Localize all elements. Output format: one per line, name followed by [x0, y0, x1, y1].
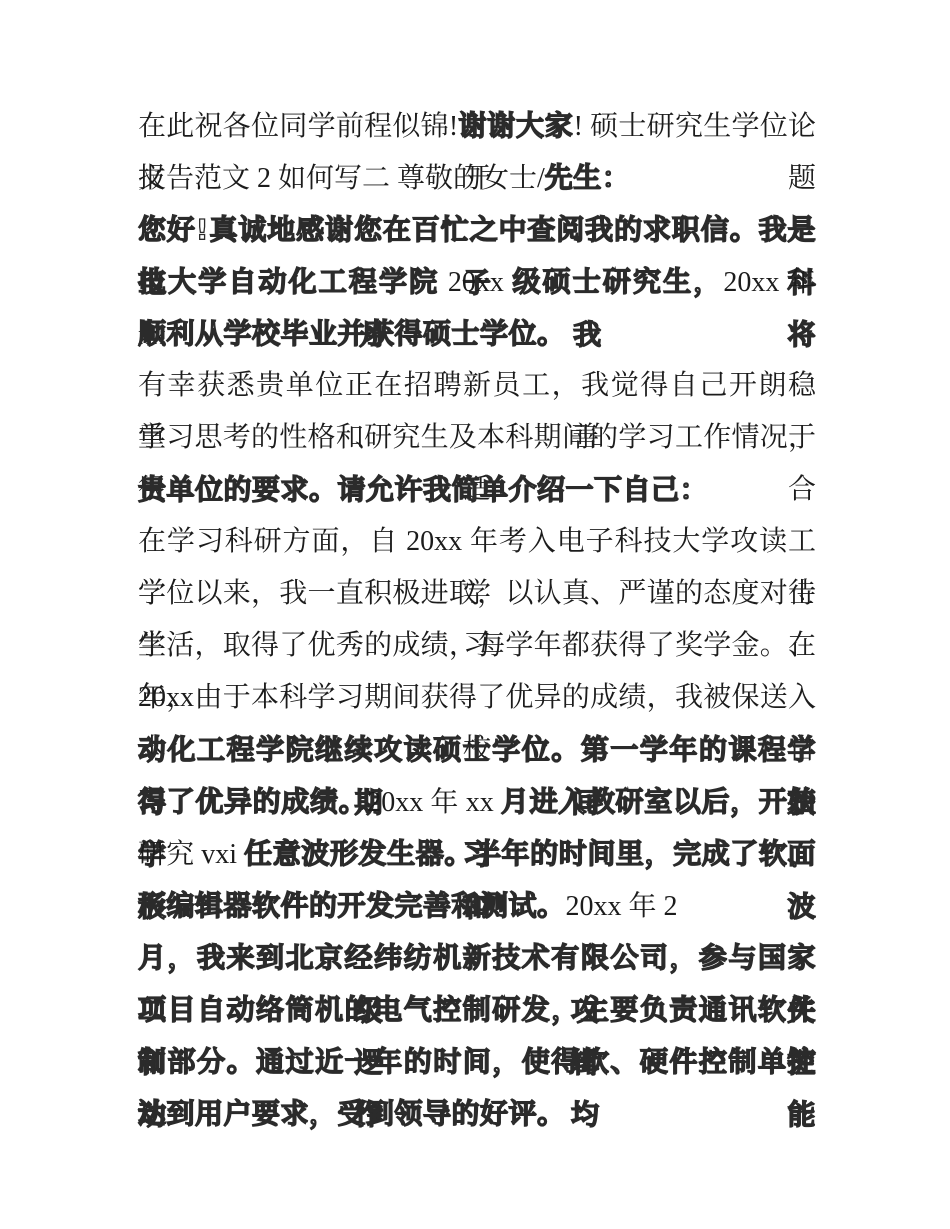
text-run-hollow: 达到用户要求，受到领导的好评。: [138, 1097, 566, 1130]
text-run-hollow: 技大学自动化工程学院: [138, 265, 439, 298]
text-line: 学习思考的性格和研究生及本科期间的学习工作情况，很适合: [138, 412, 816, 464]
text-line: 在此祝各位同学前程似锦!谢谢大家! 硕士研究生学位论文开题: [138, 100, 816, 152]
text-line: 学位以来，我一直积极进取，以认真、严谨的态度对待学习、: [138, 568, 816, 620]
text-line: 得了优异的成绩。20xx 年 xx 月进入教研室以后，开始学习、: [138, 776, 816, 828]
text-line: 有幸获悉贵单位正在招聘新员工，我觉得自己开朗稳重、善于: [138, 360, 816, 412]
text-line: 您好!真诚地感谢您在百忙之中查阅我的求职信。我是电子科: [138, 204, 816, 256]
document-body: 在此祝各位同学前程似锦!谢谢大家! 硕士研究生学位论文开题报告范文 2 如何写二…: [138, 100, 816, 1140]
text-run-solid: 在此祝各位同学前程似锦!: [138, 111, 458, 142]
text-run-hollow: 顺利从学校毕业并获得硕士学位。: [138, 317, 566, 350]
text-run-hollow: 贵单位的要求。请允许我简单介绍一下自己：: [138, 473, 708, 506]
text-line: 月，我来到北京经纬纺机新技术有限公司，参与国家二级攻关: [138, 932, 816, 984]
text-run-hollow: 谢谢大家: [458, 109, 573, 142]
text-run-hollow: 得了优异的成绩。: [138, 785, 367, 818]
text-line: 研究 vxi 任意波形发生器。半年的时间里，完成了软面板和波: [138, 828, 816, 880]
document-page: 在此祝各位同学前程似锦!谢谢大家! 硕士研究生学位论文开题报告范文 2 如何写二…: [0, 0, 950, 1229]
text-line: 制部分。通过近一年的时间，使得软、硬件控制单锭动作均能: [138, 1036, 816, 1088]
text-line: 生活，取得了优秀的成绩，每学年都获得了奖学金。在 20xx: [138, 620, 816, 672]
text-run-hollow: 先生：: [545, 161, 631, 194]
text-run-solid: 研究 vxi: [138, 839, 244, 870]
text-run-solid: 20xx: [439, 267, 512, 298]
text-line: 技大学自动化工程学院 20xx 级硕士研究生，20xx 年 xx 月我将: [138, 256, 816, 308]
text-line: 在学习科研方面，自 20xx 年考入电子科技大学攻读工学学士: [138, 516, 816, 568]
text-run-solid: 报告范文 2 如何写二 尊敬的女士/: [138, 163, 545, 194]
text-line: 动化工程学院继续攻读硕士学位。第一学年的课程学习期间获: [138, 724, 816, 776]
text-run-hollow: 级硕士研究生，: [512, 265, 723, 298]
text-run-solid: 20xx 年 2: [566, 891, 678, 922]
text-line: 年，由于本科学习期间获得了优异的成绩，我被保送入本校自: [138, 672, 816, 724]
text-run-hollow: 形编辑器软件的开发完善和测试。: [138, 889, 566, 922]
text-line: 项目自动络筒机的电气控制研发，主要负责通讯软件和逻辑控: [138, 984, 816, 1036]
text-run-solid: 20xx 年 xx: [367, 787, 501, 818]
